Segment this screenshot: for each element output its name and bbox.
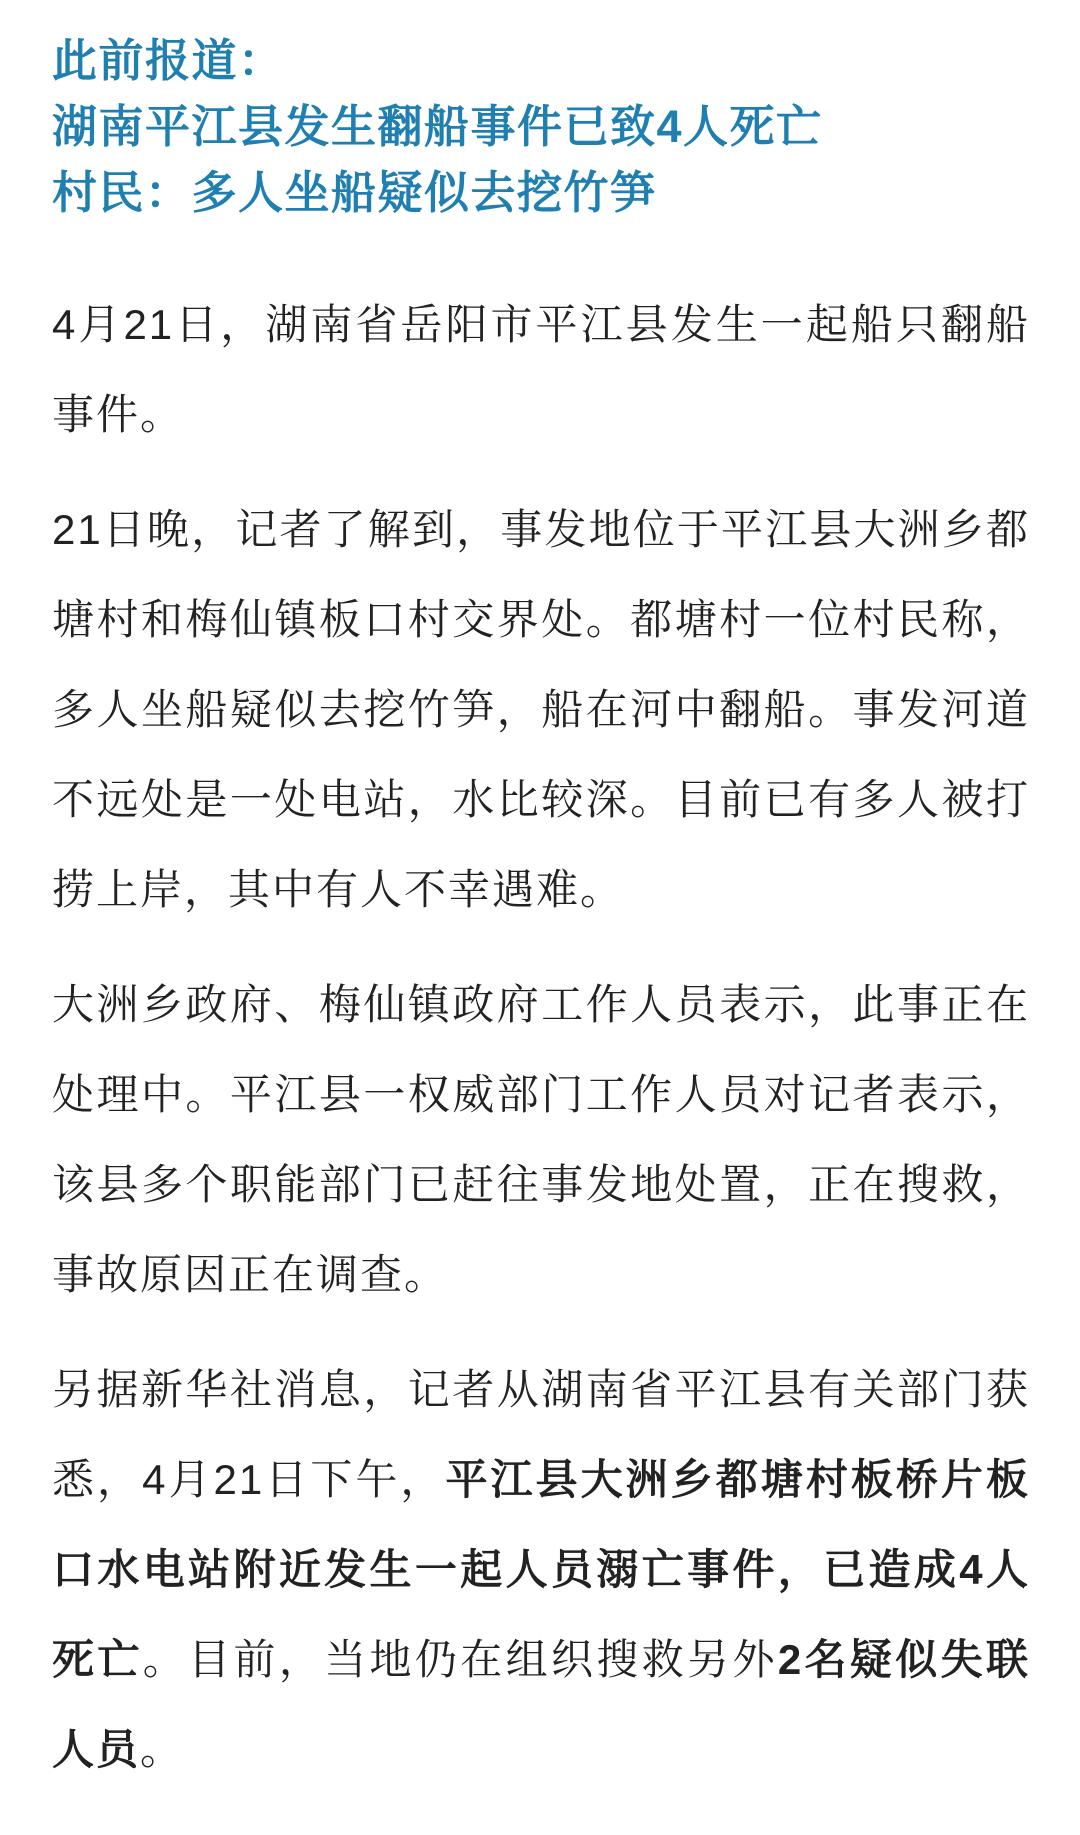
body-text: 。 — [140, 1726, 184, 1773]
article-title-line-2[interactable]: 村民：多人坐船疑似去挖竹笋 — [52, 160, 1030, 226]
body-text: 大洲乡政府、梅仙镇政府工作人员表示，此事正在处理中。平江县一权威部门工作人员对记… — [52, 981, 1030, 1298]
body-text: 4月21日，湖南省岳阳市平江县发生一起船只翻船事件。 — [52, 301, 1030, 438]
article-page: 此前报道： 湖南平江县发生翻船事件已致4人死亡 村民：多人坐船疑似去挖竹笋 4月… — [0, 0, 1080, 1835]
paragraph: 21日晚，记者了解到，事发地位于平江县大洲乡都塘村和梅仙镇板口村交界处。都塘村一… — [52, 485, 1030, 935]
article-title-line-1[interactable]: 湖南平江县发生翻船事件已致4人死亡 — [52, 94, 1030, 160]
previous-report-label[interactable]: 此前报道： — [52, 28, 1030, 94]
previous-report-link[interactable]: 此前报道： 湖南平江县发生翻船事件已致4人死亡 村民：多人坐船疑似去挖竹笋 — [52, 28, 1030, 226]
body-text: 21日晚，记者了解到，事发地位于平江县大洲乡都塘村和梅仙镇板口村交界处。都塘村一… — [52, 506, 1030, 913]
paragraph: 4月21日，湖南省岳阳市平江县发生一起船只翻船事件。 — [52, 280, 1030, 460]
paragraph: 另据新华社消息，记者从湖南省平江县有关部门获悉，4月21日下午，平江县大洲乡都塘… — [52, 1345, 1030, 1795]
paragraph: 大洲乡政府、梅仙镇政府工作人员表示，此事正在处理中。平江县一权威部门工作人员对记… — [52, 960, 1030, 1320]
body-text: 。目前，当地仍在组织搜救另外 — [143, 1636, 778, 1683]
article-body: 4月21日，湖南省岳阳市平江县发生一起船只翻船事件。21日晚，记者了解到，事发地… — [52, 280, 1030, 1795]
